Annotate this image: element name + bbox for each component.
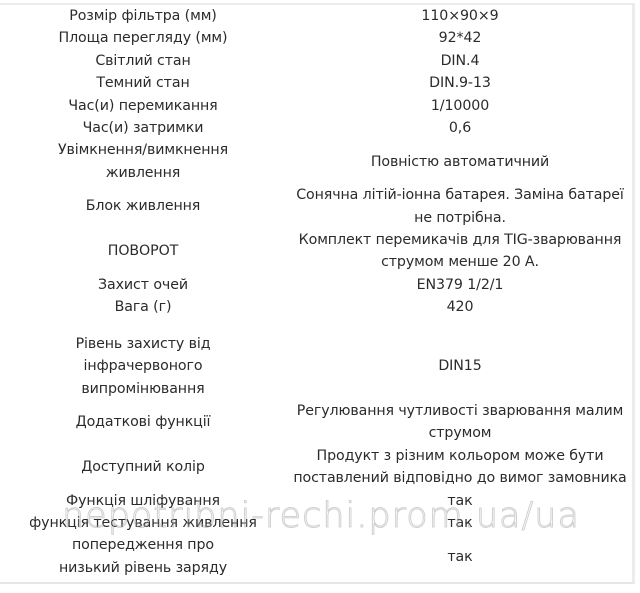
spec-value: Регулювання чутливості зварювання малим …	[286, 400, 634, 445]
spec-label: Вага (г)	[0, 296, 286, 318]
table-row: попередження про низький рівень заряду т…	[0, 534, 634, 579]
table-row: Додаткові функції Регулювання чутливості…	[0, 400, 634, 445]
spec-label: Темний стан	[0, 72, 286, 94]
table-row: Доступний колір Продукт з різним кольоро…	[0, 445, 634, 490]
table-row: Увімкнення/вимкнення живлення Повністю а…	[0, 139, 634, 184]
spec-value: 420	[286, 296, 634, 318]
spec-value: так	[286, 512, 634, 534]
table-row: Рівень захисту від інфрачервоного випром…	[0, 319, 634, 400]
spec-label: Площа перегляду (мм)	[0, 27, 286, 49]
spec-value: DIN15	[286, 319, 634, 400]
spec-label: Доступний колір	[0, 445, 286, 490]
table-row: Час(и) перемикання 1/10000	[0, 95, 634, 117]
table-row: Вага (г) 420	[0, 296, 634, 318]
table-row: Площа перегляду (мм) 92*42	[0, 27, 634, 49]
table-row: Блок живлення Сонячна літій-іонна батаре…	[0, 184, 634, 229]
spec-value: DIN.4	[286, 50, 634, 72]
spec-label: Функція шліфування	[0, 490, 286, 512]
spec-label: Блок живлення	[0, 184, 286, 229]
spec-label: ПОВОРОТ	[0, 229, 286, 274]
spec-value: EN379 1/2/1	[286, 274, 634, 296]
spec-label: Увімкнення/вимкнення живлення	[0, 139, 286, 184]
table-row: Захист очей EN379 1/2/1	[0, 274, 634, 296]
spec-label: Захист очей	[0, 274, 286, 296]
table-row: Час(и) затримки 0,6	[0, 117, 634, 139]
spec-label: Час(и) перемикання	[0, 95, 286, 117]
table-row: ПОВОРОТ Комплект перемикачів для TIG-зва…	[0, 229, 634, 274]
spec-label: Рівень захисту від інфрачервоного випром…	[0, 319, 286, 400]
spec-label: Світлий стан	[0, 50, 286, 72]
spec-value: DIN.9-13	[286, 72, 634, 94]
spec-label: функція тестування живлення	[0, 512, 286, 534]
spec-label: Розмір фільтра (мм)	[0, 5, 286, 27]
spec-value: Сонячна літій-іонна батарея. Заміна бата…	[286, 184, 634, 229]
table-row: Світлий стан DIN.4	[0, 50, 634, 72]
spec-value: Повністю автоматичний	[286, 139, 634, 184]
spec-value: 92*42	[286, 27, 634, 49]
table-row: Темний стан DIN.9-13	[0, 72, 634, 94]
spec-value: 1/10000	[286, 95, 634, 117]
specs-table: Розмір фільтра (мм) 110×90×9 Площа перег…	[0, 5, 634, 579]
spec-value: так	[286, 534, 634, 579]
table-row: функція тестування живлення так	[0, 512, 634, 534]
spec-value: 110×90×9	[286, 5, 634, 27]
spec-label: Час(и) затримки	[0, 117, 286, 139]
spec-label: Додаткові функції	[0, 400, 286, 445]
spec-label: попередження про низький рівень заряду	[0, 534, 286, 579]
spec-value: Продукт з різним кольором може бути пост…	[286, 445, 634, 490]
table-row: Розмір фільтра (мм) 110×90×9	[0, 5, 634, 27]
spec-value: Комплект перемикачів для TIG-зварювання …	[286, 229, 634, 274]
spec-value: так	[286, 490, 634, 512]
table-row: Функція шліфування так	[0, 490, 634, 512]
spec-value: 0,6	[286, 117, 634, 139]
